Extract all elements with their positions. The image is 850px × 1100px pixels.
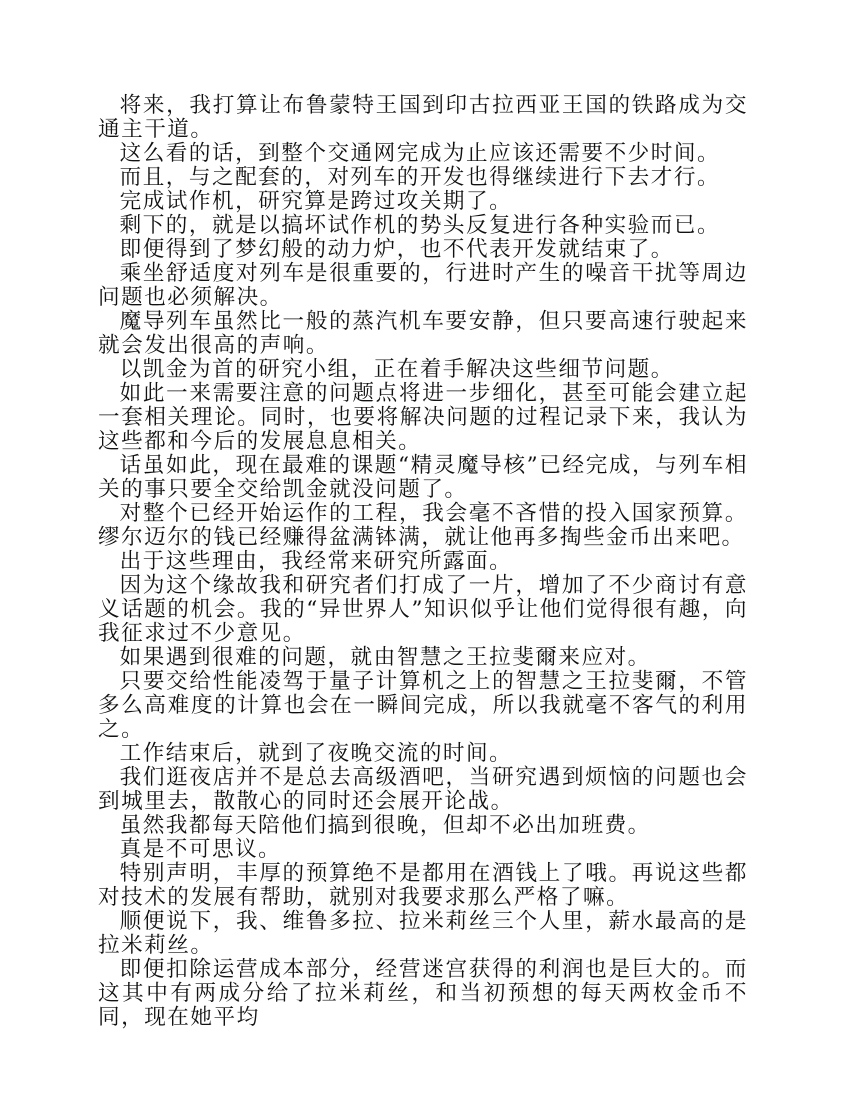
paragraph: 话虽如此，现在最难的课题“精灵魔导核”已经完成，与列车相关的事只要全交给凯金就没… [98,454,748,502]
paragraph: 以凯金为首的研究小组，正在着手解决这些细节问题。 [98,358,748,382]
paragraph: 如此一来需要注意的问题点将进一步细化，甚至可能会建立起一套相关理论。同时，也要将… [98,382,748,454]
paragraph: 虽然我都每天陪他们搞到很晚，但却不必出加班费。 [98,814,748,838]
paragraph: 剩下的，就是以搞坏试作机的势头反复进行各种实验而已。 [98,214,748,238]
paragraph: 如果遇到很难的问题，就由智慧之王拉斐爾来应对。 [98,646,748,670]
document-page: 将来，我打算让布鲁蒙特王国到印古拉西亚王国的铁路成为交通主干道。 这么看的话，到… [98,94,748,1030]
paragraph: 完成试作机，研究算是跨过攻关期了。 [98,190,748,214]
paragraph: 对整个已经开始运作的工程，我会毫不吝惜的投入国家预算。缪尔迈尔的钱已经赚得盆满钵… [98,502,748,550]
paragraph: 即便得到了梦幻般的动力炉，也不代表开发就结束了。 [98,238,748,262]
paragraph: 工作结束后，就到了夜晚交流的时间。 [98,742,748,766]
paragraph: 因为这个缘故我和研究者们打成了一片，增加了不少商讨有意义话题的机会。我的“异世界… [98,574,748,646]
paragraph: 我们逛夜店并不是总去高级酒吧，当研究遇到烦恼的问题也会到城里去，散散心的同时还会… [98,766,748,814]
paragraph: 顺便说下，我、维鲁多拉、拉米莉丝三个人里，薪水最高的是拉米莉丝。 [98,910,748,958]
paragraph: 即便扣除运营成本部分，经营迷宫获得的利润也是巨大的。而这其中有两成分给了拉米莉丝… [98,958,748,1030]
paragraph: 这么看的话，到整个交通网完成为止应该还需要不少时间。 [98,142,748,166]
paragraph: 而且，与之配套的，对列车的开发也得继续进行下去才行。 [98,166,748,190]
paragraph: 特别声明，丰厚的预算绝不是都用在酒钱上了哦。再说这些都对技术的发展有帮助，就别对… [98,862,748,910]
paragraph: 只要交给性能凌驾于量子计算机之上的智慧之王拉斐爾，不管多么高难度的计算也会在一瞬… [98,670,748,742]
paragraph: 真是不可思议。 [98,838,748,862]
paragraph: 将来，我打算让布鲁蒙特王国到印古拉西亚王国的铁路成为交通主干道。 [98,94,748,142]
paragraph: 出于这些理由，我经常来研究所露面。 [98,550,748,574]
paragraph: 乘坐舒适度对列车是很重要的，行进时产生的噪音干扰等周边问题也必须解决。 [98,262,748,310]
paragraph: 魔导列车虽然比一般的蒸汽机车要安静，但只要高速行驶起来就会发出很高的声响。 [98,310,748,358]
